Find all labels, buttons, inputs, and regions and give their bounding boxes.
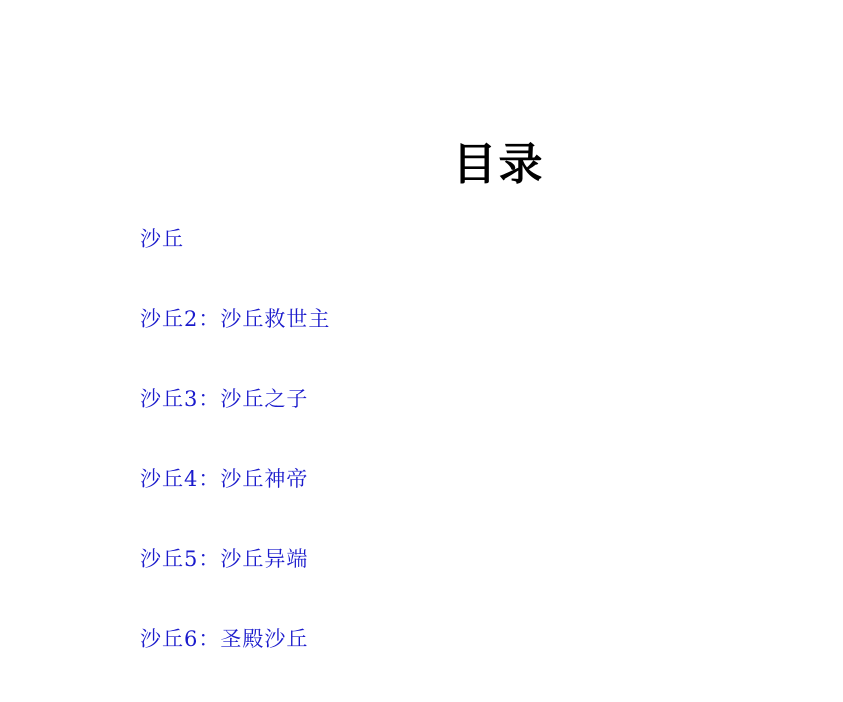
toc-link-chapterhouse-dune[interactable]: 沙丘6：圣殿沙丘 <box>140 627 308 651</box>
table-of-contents: 沙丘 沙丘2：沙丘救世主 沙丘3：沙丘之子 沙丘4：沙丘神帝 沙丘5：沙丘异端 … <box>140 222 330 702</box>
toc-item: 沙丘4：沙丘神帝 <box>140 462 330 542</box>
toc-link-dune-messiah[interactable]: 沙丘2：沙丘救世主 <box>140 307 330 331</box>
toc-item: 沙丘6：圣殿沙丘 <box>140 622 330 702</box>
toc-item: 沙丘 <box>140 222 330 302</box>
toc-link-dune[interactable]: 沙丘 <box>140 227 184 251</box>
toc-link-heretics-of-dune[interactable]: 沙丘5：沙丘异端 <box>140 547 308 571</box>
toc-link-god-emperor-of-dune[interactable]: 沙丘4：沙丘神帝 <box>140 467 308 491</box>
page-title: 目录 <box>0 137 843 193</box>
toc-item: 沙丘2：沙丘救世主 <box>140 302 330 382</box>
toc-item: 沙丘5：沙丘异端 <box>140 542 330 622</box>
toc-link-children-of-dune[interactable]: 沙丘3：沙丘之子 <box>140 387 308 411</box>
toc-item: 沙丘3：沙丘之子 <box>140 382 330 462</box>
